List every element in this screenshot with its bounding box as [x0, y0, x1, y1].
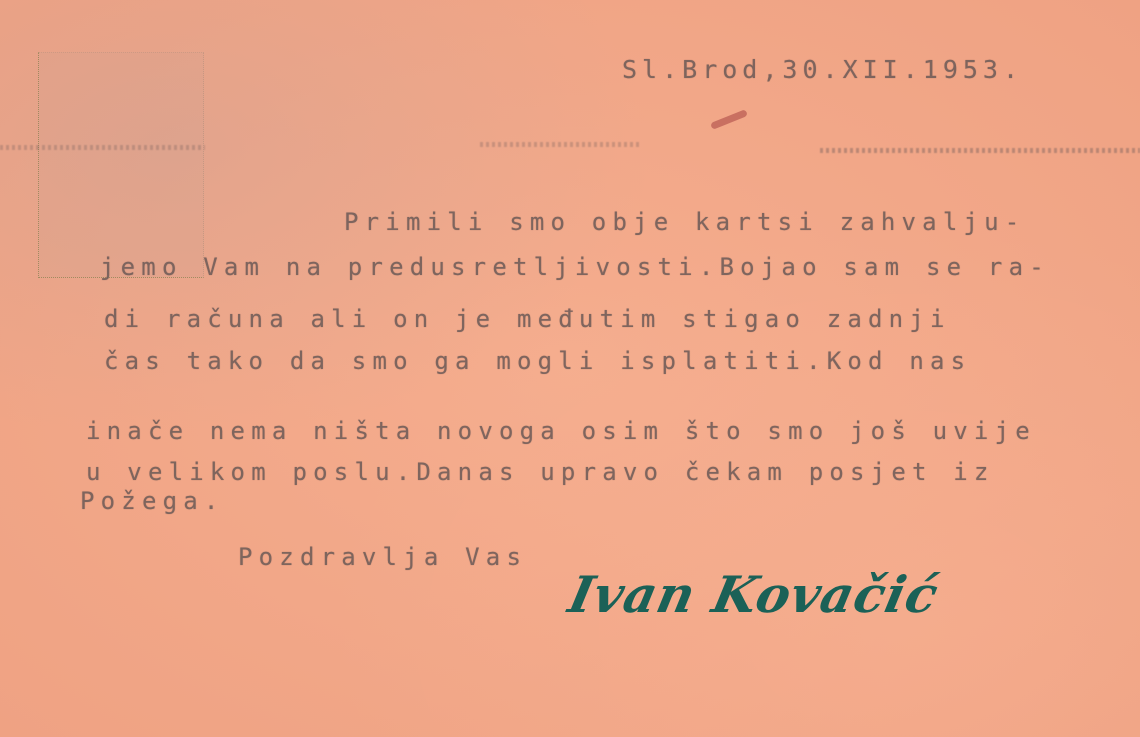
- body-line: Požega.: [80, 487, 225, 515]
- body-line: Primili smo obje kartsi zahvalju-: [344, 208, 1025, 236]
- stamp-area: [38, 52, 204, 278]
- handwritten-signature: Ivan Kovačić: [564, 565, 944, 624]
- red-ink-mark: [710, 109, 748, 130]
- body-line: čas tako da smo ga mogli isplatiti.Kod n…: [104, 347, 971, 375]
- body-line: jemo Vam na predusretljivosti.Bojao sam …: [100, 253, 1050, 281]
- address-line: [820, 148, 1140, 153]
- body-line: di računa ali on je međutim stigao zadnj…: [104, 305, 951, 333]
- postcard: Sl.Brod,30.XII.1953. Primili smo obje ka…: [0, 0, 1140, 737]
- address-line: [0, 145, 205, 150]
- place-date: Sl.Brod,30.XII.1953.: [622, 55, 1023, 84]
- address-line: [480, 142, 640, 147]
- body-line: u velikom poslu.Danas upravo čekam posje…: [86, 458, 995, 486]
- body-line: inače nema ništa novoga osim što smo još…: [86, 417, 1036, 445]
- closing-line: Pozdravlja Vas: [238, 543, 527, 571]
